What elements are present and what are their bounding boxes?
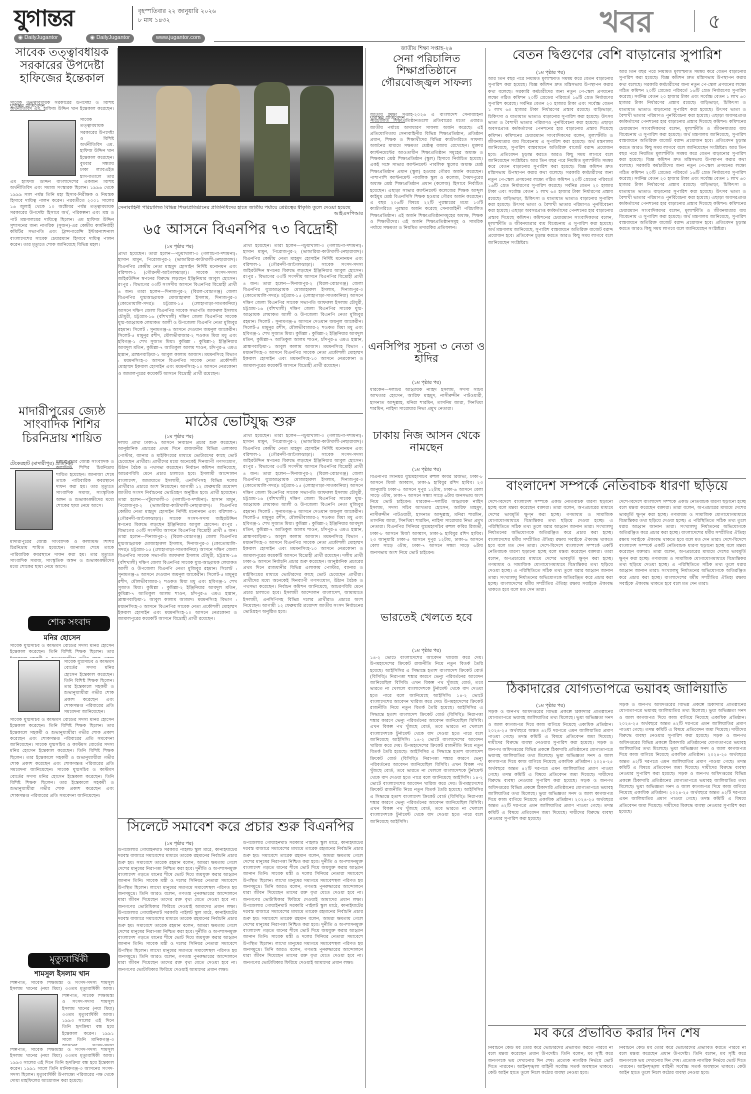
column-rule <box>485 48 486 1088</box>
article-body-madaripur: মাদারীপুরের জ্যেষ্ঠ সাংবাদিক ও কলামিস্ট … <box>56 460 114 538</box>
headline-sylhet: সিলেটে সমাবেশ করে প্রচার শুরু বিএনপির <box>118 820 363 835</box>
headline-bnp65: ৬৫ আসনে বিএনপির ৭৩ বিদ্রোহী <box>118 222 363 238</box>
event-photo <box>118 46 363 202</box>
article-body-influence-col1: নির্বাচনে কেউ মব তৈরি করে ভোটারদের প্রভা… <box>488 1046 613 1090</box>
continued-label: (১ম পৃষ্ঠার পর) <box>370 380 483 387</box>
article-body-contractor-col2: সড়ক ও জনপথ অধিদপ্তরের বিভিন্ন প্রকল্পে … <box>619 703 746 1023</box>
photo-person <box>254 82 290 196</box>
portrait-shishir <box>15 470 53 530</box>
continued-label: (১ম পৃষ্ঠার পর) <box>118 434 240 441</box>
article-body-bharat: ১৪-২ ভোটে বাংলাদেশের আবেদন খারিজ করে দেয… <box>370 656 483 1088</box>
obituary-body: সাবেক যুগ্মসচিব ও কাস্টমস বোর্ডের সদস্য … <box>10 718 114 938</box>
anniversary-lead: শিল্পপতি, সাবেক শিক্ষামন্ত্রী ও সংসদ-সদস… <box>10 981 114 993</box>
section-title: খবর <box>600 6 653 40</box>
column-rule <box>365 48 366 1088</box>
continued-label: (১ম পৃষ্ঠার পর) <box>370 467 483 474</box>
date-gregorian: বৃহস্পতিবার ২২ জানুয়ারি ২০২৬ <box>138 8 216 16</box>
headline-bharat: ভারতেই খেলতে হবে <box>368 612 485 624</box>
article-body-ncp: ধারকেন—দলটির আহ্বায়ক নাহিদ ইসলাম, সদস্য… <box>370 388 483 430</box>
headline-hafiz: সাবেক তত্ত্বাবধায়ক সরকারের উপদেষ্টা হাফ… <box>10 46 114 85</box>
divider <box>694 10 695 32</box>
continued-label: (১ম পৃষ্ঠার পর) <box>488 703 613 710</box>
article-body-dhaka: বিএনপির সিনিয়র যুগ্মমহাসচিব রুহুল কবির … <box>370 475 483 608</box>
obituary-wrap: সাবেক যুগ্মসচিব ও কাস্টমস বোর্ডের সদস্য … <box>64 660 114 716</box>
divider <box>132 6 133 30</box>
photo-caption: সেনাবাহিনী পরিচালিত বিভিন্ন শিক্ষাপ্রতিষ… <box>118 205 363 217</box>
continued-label: (১ম পৃষ্ঠার পর) <box>370 648 483 655</box>
continued-label: (১ম পৃষ্ঠার পর) <box>488 70 613 77</box>
article-body-salary-col2: আর তিন বছর পরে নিয়মিত মূল্যস্ফীতি সমন্ব… <box>619 70 746 477</box>
obituary-name: মনির হোসেন <box>10 634 114 642</box>
portrait-shamsul <box>18 994 58 1044</box>
portrait-hafiz <box>28 120 76 176</box>
headline-football: মাঠের ভোটযুদ্ধ শুরু <box>118 415 363 431</box>
page-number: ৫ <box>708 6 721 36</box>
continued-label: (১ম পৃষ্ঠার পর) <box>118 841 240 848</box>
headline-dhaka: ঢাকায় নিজ আসন থেকে নামছেন <box>368 430 485 455</box>
article-body-football-col1: দলীয় প্রার্থী ঢাকা-৯ আসনে নির্বাচনি প্র… <box>118 441 237 816</box>
article-body-sena: জাতীয় শিক্ষা সপ্তাহ-২০২৬ এ বাংলাদেশ সেন… <box>370 113 483 335</box>
article-body-salary-col1: আর তিন বছর পরে নিয়মিত মূল্যস্ফীতি সমন্ব… <box>488 77 613 477</box>
photo-certificate <box>266 106 288 124</box>
header-rule <box>214 41 745 42</box>
photo-person <box>300 86 334 196</box>
headline-influence: মব করে প্রভাবিত করার দিন শেষ <box>488 1027 746 1042</box>
article-body-bdimage-col2: দেশে-বিদেশে বাংলাদেশ সম্পর্কে একটি নেতিব… <box>619 500 746 680</box>
newspaper-logo: যুগান্তর <box>14 6 124 32</box>
social-twitter-link[interactable]: ◉ DailyJugantor <box>14 34 62 43</box>
headline-salary: বেতন দ্বিগুণের বেশি বাড়ানোর সুপারিশ <box>488 48 746 63</box>
headline-contractor: ঠিকাদারের যোগ্যতাপত্রে ভয়াবহ জালিয়াতি <box>488 683 746 698</box>
article-body-sylhet-col2: উপজেলার গোয়াইনঘাট সরকারি পাইলট স্কুল মা… <box>243 841 363 1090</box>
website-link[interactable]: www.jugantor.com <box>152 34 205 43</box>
article-body-madaripur-cont: মাদারীপুরের জ্যেষ্ঠ সাংবাদিক ও কলামিস্ট … <box>10 540 114 612</box>
obituary-label: শোক সংবাদ <box>28 616 110 631</box>
article-body-bnp65-col1: প্রার্থী হয়েছেন। তারা হলেন—পটুয়াখালী-৩… <box>118 252 237 412</box>
article-lead-hafiz: সাবেক তত্ত্বাবধায়ক সরকারের উপদেষ্টা ও ব… <box>10 101 114 111</box>
headline-madaripur: মাদারীপুরের জ্যেষ্ঠ সাংবাদিক শিশির চিরনি… <box>10 405 114 445</box>
anniversary-label: মৃত্যুবার্ষিকী <box>28 953 110 968</box>
article-body-bnp65-col2: প্রার্থী হয়েছেন। তারা হলেন—পটুয়াখালী-৩… <box>243 244 363 412</box>
article-body-bdimage-col1: দেশে-বিদেশে বাংলাদেশ সম্পর্কে একটি নেতিব… <box>488 500 613 680</box>
article-body-contractor-col1: সড়ক ও জনপথ অধিদপ্তরের বিভিন্ন প্রকল্পে … <box>488 710 613 1023</box>
article-body-hafiz: এম হাফিজ উদ্দিন বাংলাদেশের একজন বিশিষ্ট … <box>10 180 114 335</box>
headline-ncp: এনসিপির সূচনা ৩ নেতা ও হাদির <box>368 341 485 366</box>
article-body-sylhet-col1: উপজেলার গোয়াইনঘাট সরকারি পাইলট স্কুল মা… <box>118 848 237 1090</box>
article-body-football-col2: প্রার্থী হয়েছেন। তারা হলেন—পটুয়াখালী-৩… <box>243 434 363 816</box>
social-facebook-link[interactable]: ◉ DailyJugantor <box>86 34 134 43</box>
article-wrap-hafiz: সাবেক তত্ত্বাবধায়ক সরকারের উপদেষ্টা ও ব… <box>80 118 114 178</box>
photo-person <box>156 86 192 196</box>
anniversary-body: শিল্পপতি, সাবেক শিক্ষামন্ত্রী ও সংসদ-সদস… <box>10 1048 114 1090</box>
obituary-lead: সাবেক যুগ্মসচিব ও কাস্টমস বোর্ডের সদস্য … <box>10 644 114 658</box>
photo-person <box>206 84 240 196</box>
portrait-monir <box>18 660 60 712</box>
continued-label: (১ম পৃষ্ঠার পর) <box>118 244 240 251</box>
headline-bangladesh-image: বাংলাদেশ সম্পর্কে নেতিবাচক ধারণা ছড়িয়ে <box>488 480 746 495</box>
headline-sena: সেনা পরিচালিত শিক্ষাপ্রতিষ্ঠানে গৌরবোজ্জ… <box>368 54 485 89</box>
date-bangla: ৮ মাঘ ১৪৩২ <box>138 17 170 25</box>
anniversary-name: শামসুল ইসলাম খান <box>10 970 114 978</box>
anniversary-wrap: শিল্পপতি, সাবেক শিক্ষামন্ত্রী ও সংসদ-সদস… <box>62 994 114 1046</box>
article-body-influence-col2: নির্বাচনে কেউ মব তৈরি করে ভোটারদের প্রভা… <box>619 1046 746 1090</box>
